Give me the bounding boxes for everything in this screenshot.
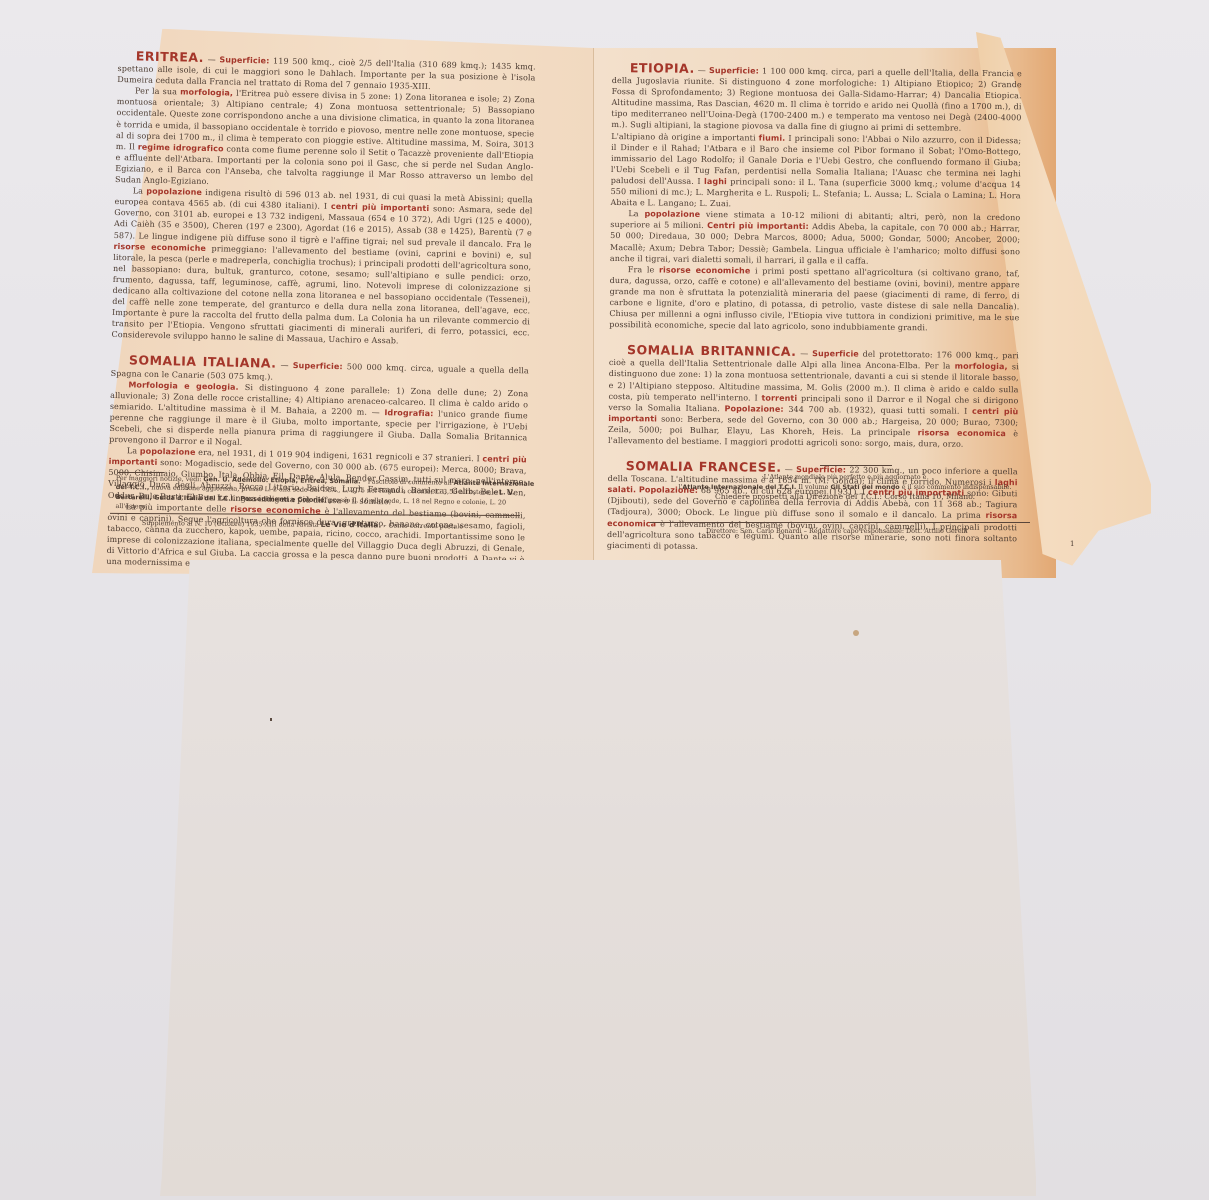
small-mark: [270, 718, 272, 721]
footnote-rule: [118, 472, 164, 473]
section-somalia-italiana: SOMALIA ITALIANA. — Superficie: 500 000 …: [106, 354, 529, 576]
bottom-rule-right: [650, 522, 1030, 523]
advert-rule: [820, 465, 892, 466]
foxing-spot: [853, 630, 859, 636]
center-fold: [593, 48, 594, 573]
page-number: 1: [1070, 540, 1074, 548]
heading-somalia-britannica: SOMALIA BRITANNICA.: [627, 342, 797, 359]
section-etiopia: ETIOPIA. — Superficie: 1 100 000 kmq. ci…: [609, 62, 1022, 335]
heading-somalia-italiana: SOMALIA ITALIANA.: [129, 353, 277, 371]
section-eritrea: ERITREA. — Superficie: 119 500 kmq., cio…: [111, 50, 535, 350]
heading-etiopia: ETIOPIA.: [630, 60, 695, 76]
atlas-advert: L'Atlante mondiale più perfetto e più ag…: [660, 472, 1030, 502]
director-line: Direttore: Sen. Carlo Bonardi – Redattor…: [706, 527, 968, 535]
heading-eritrea: ERITREA.: [136, 48, 204, 65]
white-booklet-cover: [160, 560, 1036, 1196]
footnote: Per maggiori notizie, vedi: Gen. U. Adem…: [115, 474, 535, 517]
section-somalia-britannica: SOMALIA BRITANNICA. — Superficie del pro…: [608, 344, 1019, 450]
